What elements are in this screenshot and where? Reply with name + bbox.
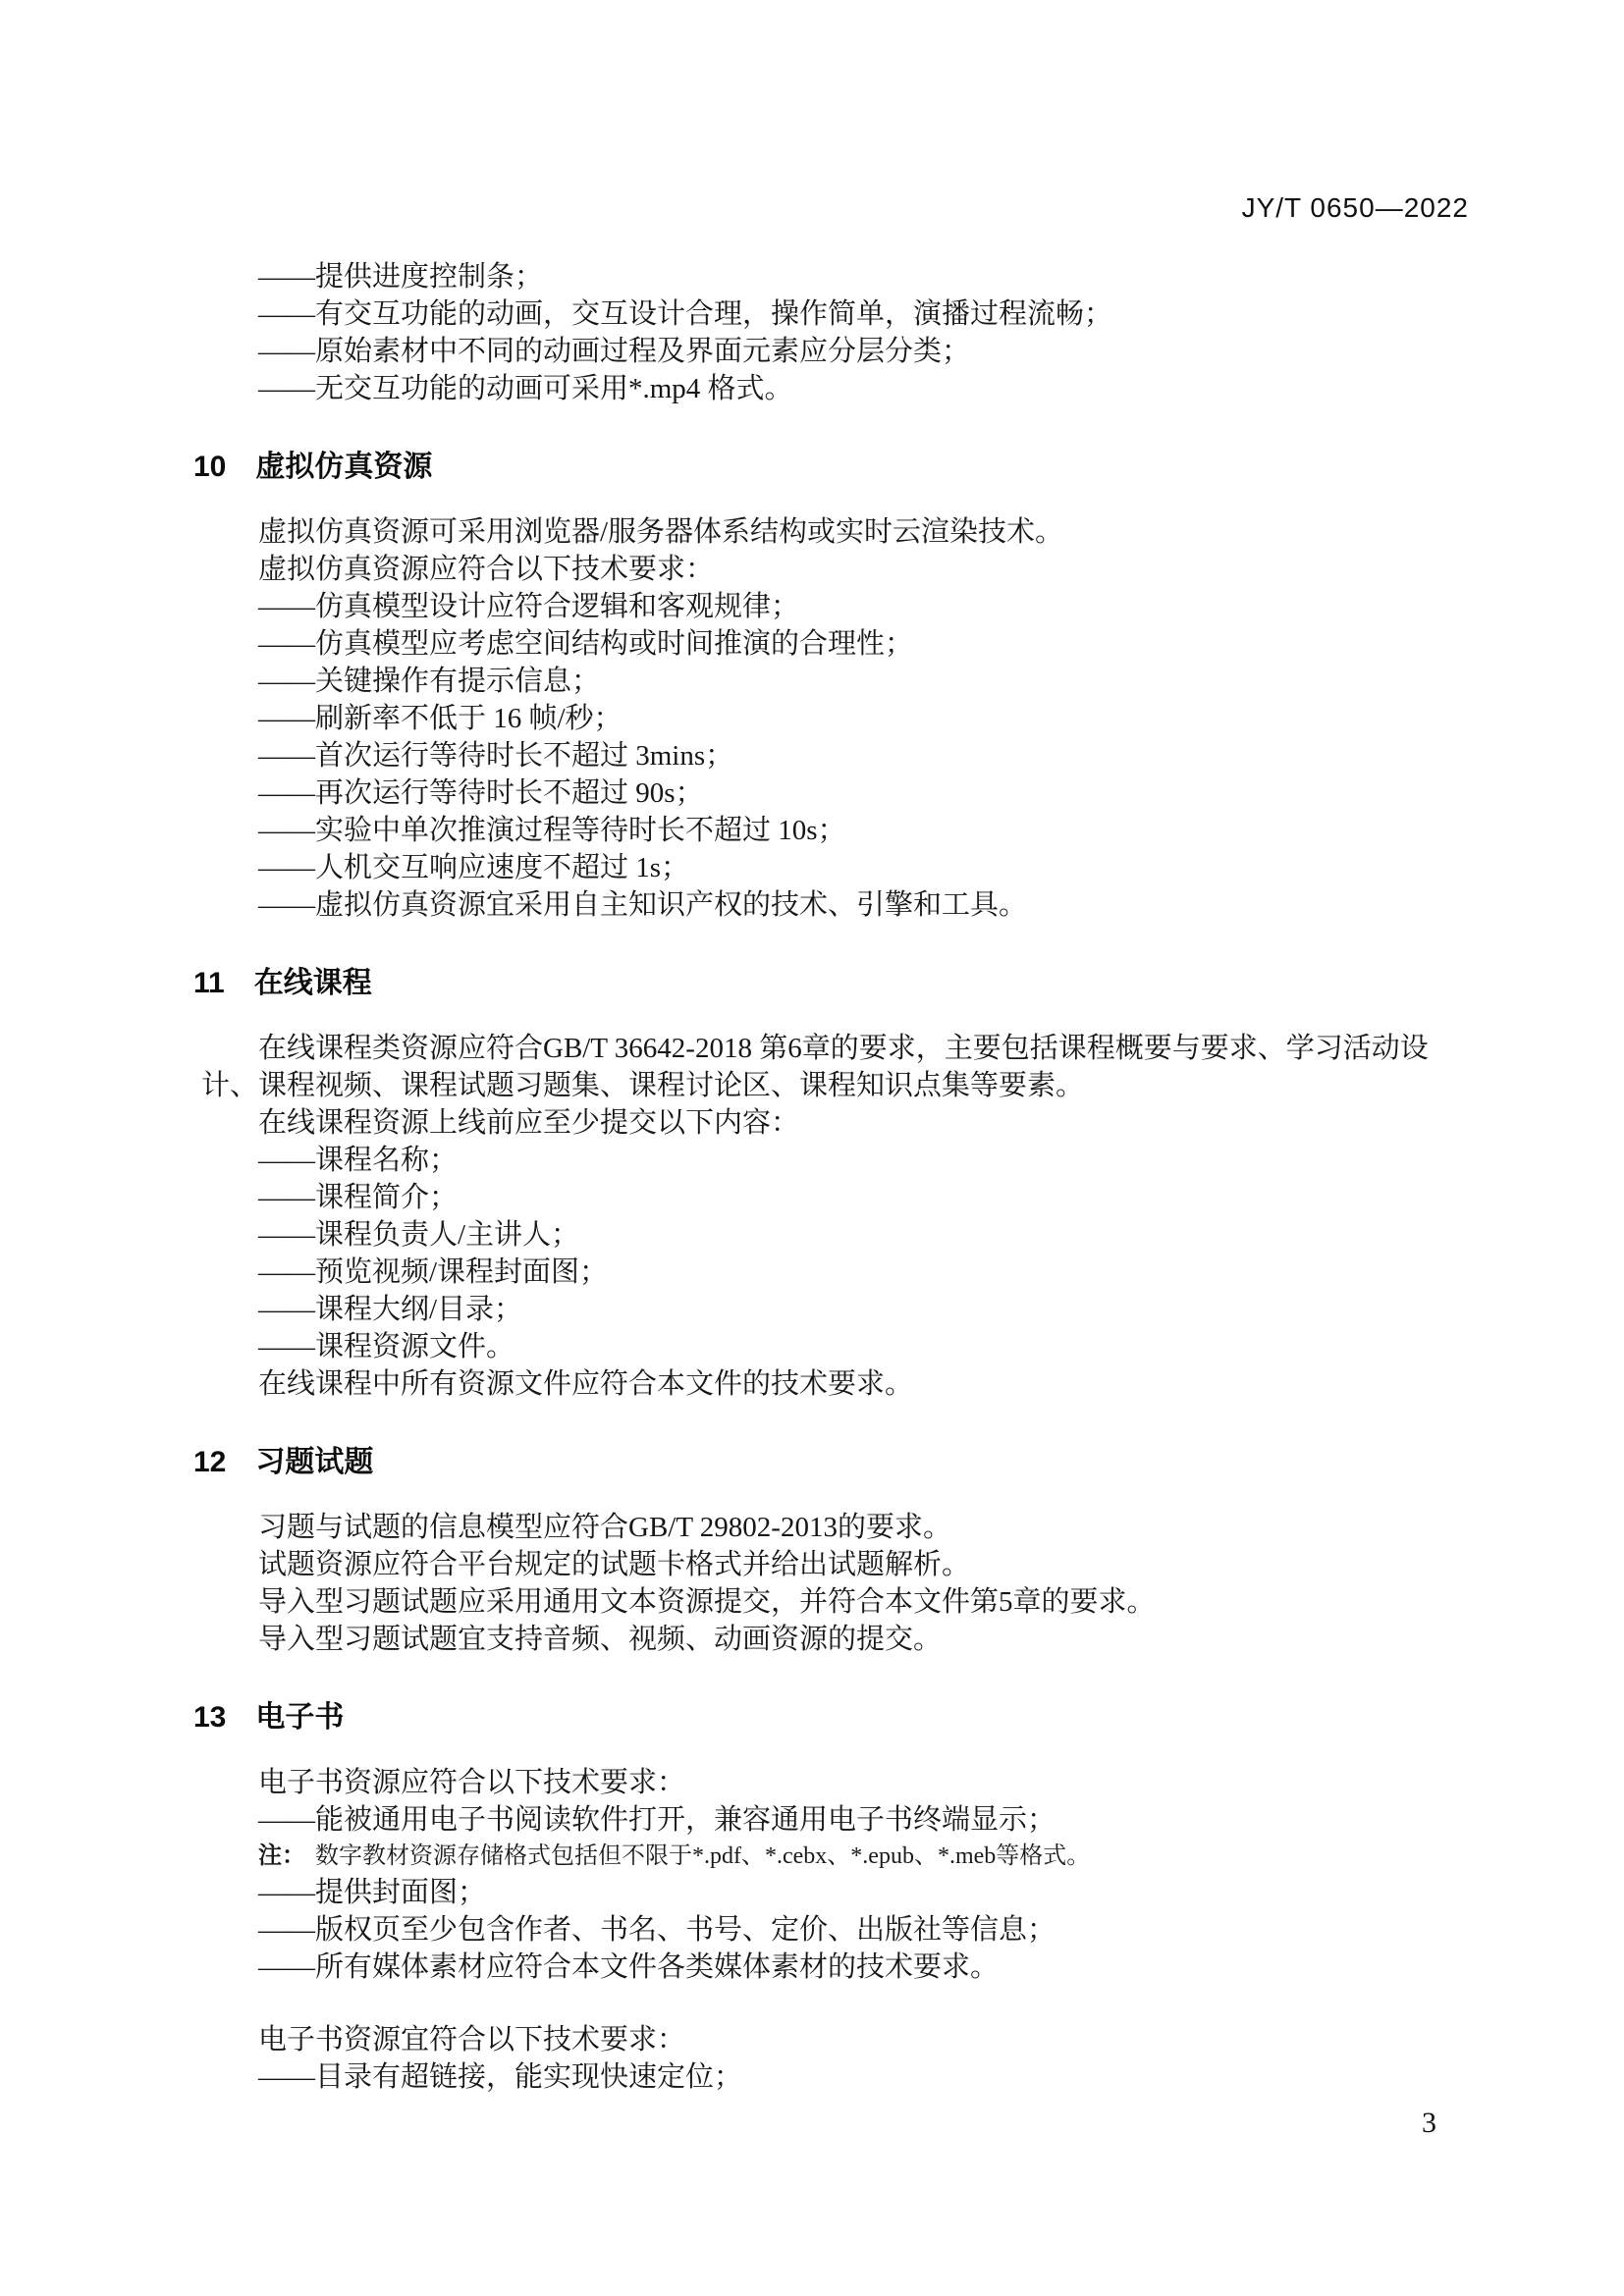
- section-heading: 11在线课程: [193, 963, 1483, 1004]
- note-text: 数字教材资源存储格式包括但不限于*.pdf、*.cebx、*.epub、*.me…: [315, 1843, 1090, 1869]
- dash-item: ——预览视频/课程封面图；: [201, 1254, 1483, 1291]
- scanned-document-page: JY/T 0650—2022 ——提供进度控制条； ——有交互功能的动画，交互设…: [0, 0, 1624, 2296]
- section-heading: 12习题试题: [193, 1442, 1483, 1483]
- dash-item: ——能被通用电子书阅读软件打开，兼容通用电子书终端显示；: [201, 1801, 1483, 1839]
- section-heading: 10虚拟仿真资源: [193, 447, 1483, 488]
- dash-item: ——仿真模型设计应符合逻辑和客观规律；: [201, 588, 1483, 625]
- paragraph: 试题资源应符合平台规定的试题卡格式并给出试题解析。: [201, 1546, 1483, 1583]
- paragraph: 虚拟仿真资源应符合以下技术要求：: [201, 551, 1483, 588]
- section-title: 在线课程: [254, 967, 372, 999]
- note-label: 注：: [258, 1842, 305, 1869]
- paragraph: 导入型习题试题宜支持音频、视频、动画资源的提交。: [201, 1621, 1483, 1658]
- section-title: 习题试题: [255, 1446, 373, 1478]
- paragraph: 在线课程资源上线前应至少提交以下内容：: [201, 1104, 1483, 1142]
- dash-item: ——虚拟仿真资源宜采用自主知识产权的技术、引擎和工具。: [201, 886, 1483, 924]
- paragraph: 电子书资源应符合以下技术要求：: [201, 1764, 1483, 1801]
- dash-item: ——课程简介；: [201, 1179, 1483, 1216]
- dash-item: ——提供封面图；: [201, 1874, 1483, 1911]
- section-heading: 13电子书: [193, 1697, 1483, 1738]
- dash-item: ——实验中单次推演过程等待时长不超过 10s；: [201, 812, 1483, 849]
- section-title: 虚拟仿真资源: [255, 451, 432, 483]
- section-number: 13: [193, 1697, 226, 1738]
- page-number: 3: [1422, 2107, 1436, 2140]
- dash-item: ——人机交互响应速度不超过 1s；: [201, 849, 1483, 886]
- paragraph: 虚拟仿真资源可采用浏览器/服务器体系结构或实时云渲染技术。: [201, 513, 1483, 551]
- dash-item: ——版权页至少包含作者、书名、书号、定价、出版社等信息；: [201, 1911, 1483, 1949]
- dash-item: ——仿真模型应考虑空间结构或时间推演的合理性；: [201, 625, 1483, 663]
- dash-item: ——原始素材中不同的动画过程及界面元素应分层分类；: [201, 333, 1483, 370]
- paragraph: 电子书资源宜符合以下技术要求：: [201, 2021, 1483, 2058]
- section-title: 电子书: [255, 1701, 344, 1734]
- dash-item: ——所有媒体素材应符合本文件各类媒体素材的技术要求。: [201, 1949, 1483, 1986]
- paragraph: 在线课程类资源应符合GB/T 36642-2018 第6章的要求，主要包括课程概…: [201, 1030, 1483, 1104]
- dash-item: ——再次运行等待时长不超过 90s；: [201, 774, 1483, 812]
- note: 注：数字教材资源存储格式包括但不限于*.pdf、*.cebx、*.epub、*.…: [201, 1839, 1483, 1874]
- dash-item: ——课程名称；: [201, 1142, 1483, 1179]
- section-number: 11: [193, 963, 225, 1004]
- dash-item: ——有交互功能的动画，交互设计合理，操作简单，演播过程流畅；: [201, 295, 1483, 333]
- doc-number: JY/T 0650—2022: [1242, 192, 1469, 224]
- section-number: 12: [193, 1442, 226, 1483]
- dash-item: ——关键操作有提示信息；: [201, 663, 1483, 700]
- paragraph: 在线课程中所有资源文件应符合本文件的技术要求。: [201, 1365, 1483, 1403]
- section-number: 10: [193, 447, 226, 488]
- paragraph: 导入型习题试题应采用通用文本资源提交，并符合本文件第5章的要求。: [201, 1583, 1483, 1621]
- dash-item: ——课程大纲/目录；: [201, 1291, 1483, 1328]
- dash-item: ——刷新率不低于 16 帧/秒；: [201, 700, 1483, 737]
- dash-item: ——课程资源文件。: [201, 1328, 1483, 1365]
- dash-item: ——首次运行等待时长不超过 3mins；: [201, 737, 1483, 774]
- paragraph: 习题与试题的信息模型应符合GB/T 29802-2013的要求。: [201, 1509, 1483, 1546]
- dash-item: ——课程负责人/主讲人；: [201, 1216, 1483, 1254]
- dash-item: ——无交互功能的动画可采用*.mp4 格式。: [201, 370, 1483, 407]
- dash-item: ——目录有超链接，能实现快速定位；: [201, 2058, 1483, 2096]
- dash-item: ——提供进度控制条；: [201, 258, 1483, 295]
- page-body: ——提供进度控制条； ——有交互功能的动画，交互设计合理，操作简单，演播过程流畅…: [201, 258, 1483, 2096]
